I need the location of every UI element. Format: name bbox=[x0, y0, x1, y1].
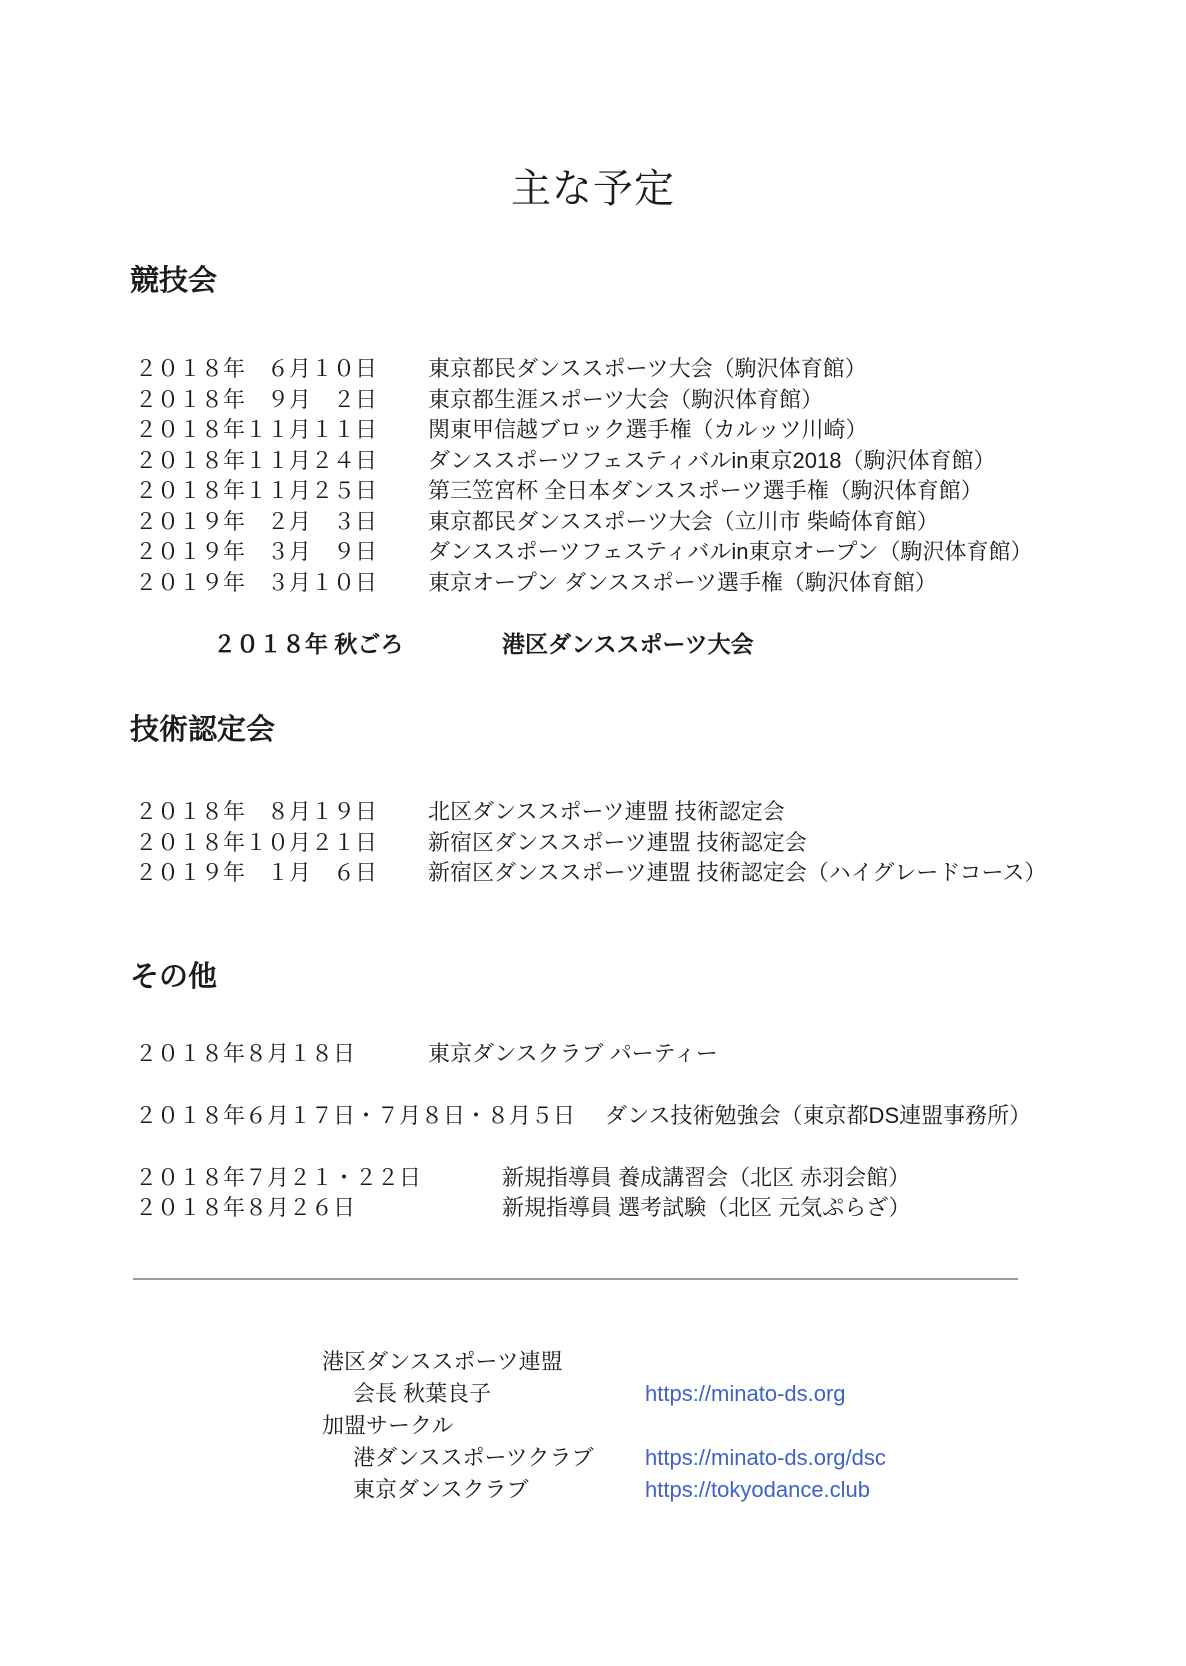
footer-chairman-row: 会長 秋葉良子 https://minato-ds.org bbox=[322, 1378, 1186, 1410]
table-row: ２０１９年 ３月 ９日 ダンススポーツフェスティバルin東京オープン（駒沢体育館… bbox=[135, 537, 1186, 568]
table-row: ２０１８年８月２６日 新規指導員 選考試験（北区 元気ぷらざ） bbox=[135, 1193, 1186, 1224]
org-link[interactable]: https://minato-ds.org bbox=[645, 1381, 846, 1406]
row-date: ２０１８年６月１７日・７月８日・８月５日 bbox=[135, 1101, 605, 1132]
row-event: 新宿区ダンススポーツ連盟 技術認定会 bbox=[428, 828, 1186, 859]
row-date: ２０１９年 ２月 ３日 bbox=[135, 507, 428, 538]
row-event: ダンススポーツフェスティバルin東京オープン（駒沢体育館） bbox=[428, 537, 1186, 568]
footer-affiliate-row: 東京ダンスクラブ https://tokyodance.club bbox=[322, 1474, 1186, 1506]
highlight-date: ２０１８年 秋ごろ bbox=[213, 628, 502, 660]
row-date: ２０１８年８月２６日 bbox=[135, 1193, 502, 1224]
footer-affiliates-label: 加盟サークル bbox=[322, 1410, 645, 1442]
row-event: 新規指導員 養成講習会（北区 赤羽会館） bbox=[502, 1163, 1186, 1194]
section-heading-competitions: 競技会 bbox=[130, 263, 1186, 299]
section-heading-certification: 技術認定会 bbox=[130, 712, 1186, 748]
row-date: ２０１８年１１月２５日 bbox=[135, 476, 428, 507]
footer: 港区ダンススポーツ連盟 会長 秋葉良子 https://minato-ds.or… bbox=[322, 1346, 1186, 1506]
row-event: 東京都生涯スポーツ大会（駒沢体育館） bbox=[428, 385, 1186, 416]
highlight-row: ２０１８年 秋ごろ 港区ダンススポーツ大会 bbox=[213, 628, 1186, 660]
highlight-event: 港区ダンススポーツ大会 bbox=[502, 628, 754, 660]
row-event: 東京都民ダンススポーツ大会（立川市 柴崎体育館） bbox=[428, 507, 1186, 538]
row-date: ２０１８年１０月２１日 bbox=[135, 828, 428, 859]
table-row: ２０１８年６月１７日・７月８日・８月５日 ダンス技術勉強会（東京都DS連盟事務所… bbox=[135, 1101, 1186, 1132]
divider bbox=[133, 1278, 1018, 1280]
affiliate-link[interactable]: https://tokyodance.club bbox=[645, 1477, 870, 1502]
affiliate-link-wrap: https://tokyodance.club bbox=[645, 1474, 870, 1506]
footer-affiliate-row: 港ダンススポーツクラブ https://minato-ds.org/dsc bbox=[322, 1442, 1186, 1474]
row-event: 東京ダンスクラブ パーティー bbox=[428, 1039, 1186, 1070]
affiliate-name: 港ダンススポーツクラブ bbox=[322, 1442, 645, 1474]
table-row: ２０１８年１１月２５日 第三笠宮杯 全日本ダンススポーツ選手権（駒沢体育館） bbox=[135, 476, 1186, 507]
others-list: ２０１８年８月１８日 東京ダンスクラブ パーティー ２０１８年６月１７日・７月８… bbox=[135, 1039, 1186, 1224]
footer-org-name: 港区ダンススポーツ連盟 bbox=[322, 1346, 645, 1378]
table-row: ２０１８年 ８月１９日 北区ダンススポーツ連盟 技術認定会 bbox=[135, 797, 1186, 828]
table-row: ２０１８年７月２１・２２日 新規指導員 養成講習会（北区 赤羽会館） bbox=[135, 1163, 1186, 1194]
row-event: 新規指導員 選考試験（北区 元気ぷらざ） bbox=[502, 1193, 1186, 1224]
table-row: ２０１８年１１月１１日 関東甲信越ブロック選手権（カルッツ川崎） bbox=[135, 415, 1186, 446]
table-row: ２０１９年 ３月１０日 東京オープン ダンススポーツ選手権（駒沢体育館） bbox=[135, 568, 1186, 599]
table-row: ２０１９年 １月 ６日 新宿区ダンススポーツ連盟 技術認定会（ハイグレードコース… bbox=[135, 858, 1186, 889]
row-event: 関東甲信越ブロック選手権（カルッツ川崎） bbox=[428, 415, 1186, 446]
table-row: ２０１８年 ９月 ２日 東京都生涯スポーツ大会（駒沢体育館） bbox=[135, 385, 1186, 416]
row-date: ２０１８年１１月２４日 bbox=[135, 446, 428, 477]
table-row: ２０１９年 ２月 ３日 東京都民ダンススポーツ大会（立川市 柴崎体育館） bbox=[135, 507, 1186, 538]
table-row: ２０１８年１０月２１日 新宿区ダンススポーツ連盟 技術認定会 bbox=[135, 828, 1186, 859]
table-row: ２０１８年１１月２４日 ダンススポーツフェスティバルin東京2018（駒沢体育館… bbox=[135, 446, 1186, 477]
table-row: ２０１８年 ６月１０日 東京都民ダンススポーツ大会（駒沢体育館） bbox=[135, 354, 1186, 385]
row-event: ダンス技術勉強会（東京都DS連盟事務所） bbox=[605, 1101, 1186, 1132]
row-date: ２０１８年１１月１１日 bbox=[135, 415, 428, 446]
page-title: 主な予定 bbox=[0, 0, 1186, 213]
table-row: ２０１８年８月１８日 東京ダンスクラブ パーティー bbox=[135, 1039, 1186, 1070]
row-event: ダンススポーツフェスティバルin東京2018（駒沢体育館） bbox=[428, 446, 1186, 477]
affiliate-link[interactable]: https://minato-ds.org/dsc bbox=[645, 1445, 886, 1470]
document-page: 主な予定 競技会 ２０１８年 ６月１０日 東京都民ダンススポーツ大会（駒沢体育館… bbox=[0, 0, 1186, 1666]
affiliate-name: 東京ダンスクラブ bbox=[322, 1474, 645, 1506]
footer-affiliates-label-row: 加盟サークル bbox=[322, 1410, 1186, 1442]
row-date: ２０１８年 ６月１０日 bbox=[135, 354, 428, 385]
footer-org-row: 港区ダンススポーツ連盟 bbox=[322, 1346, 1186, 1378]
row-event: 東京オープン ダンススポーツ選手権（駒沢体育館） bbox=[428, 568, 1186, 599]
competitions-list: ２０１８年 ６月１０日 東京都民ダンススポーツ大会（駒沢体育館） ２０１８年 ９… bbox=[135, 354, 1186, 598]
row-date: ２０１９年 １月 ６日 bbox=[135, 858, 428, 889]
footer-chairman: 会長 秋葉良子 bbox=[322, 1378, 645, 1410]
row-date: ２０１８年７月２１・２２日 bbox=[135, 1163, 502, 1194]
section-heading-others: その他 bbox=[130, 959, 1186, 995]
row-date: ２０１９年 ３月 ９日 bbox=[135, 537, 428, 568]
row-date: ２０１８年８月１８日 bbox=[135, 1039, 428, 1070]
row-date: ２０１９年 ３月１０日 bbox=[135, 568, 428, 599]
row-date: ２０１８年 ８月１９日 bbox=[135, 797, 428, 828]
row-event: 東京都民ダンススポーツ大会（駒沢体育館） bbox=[428, 354, 1186, 385]
row-event: 北区ダンススポーツ連盟 技術認定会 bbox=[428, 797, 1186, 828]
row-date: ２０１８年 ９月 ２日 bbox=[135, 385, 428, 416]
row-event: 第三笠宮杯 全日本ダンススポーツ選手権（駒沢体育館） bbox=[428, 476, 1186, 507]
certification-list: ２０１８年 ８月１９日 北区ダンススポーツ連盟 技術認定会 ２０１８年１０月２１… bbox=[135, 797, 1186, 889]
row-event: 新宿区ダンススポーツ連盟 技術認定会（ハイグレードコース） bbox=[428, 858, 1186, 889]
affiliate-link-wrap: https://minato-ds.org/dsc bbox=[645, 1442, 886, 1474]
footer-org-link-wrap: https://minato-ds.org bbox=[645, 1378, 846, 1410]
